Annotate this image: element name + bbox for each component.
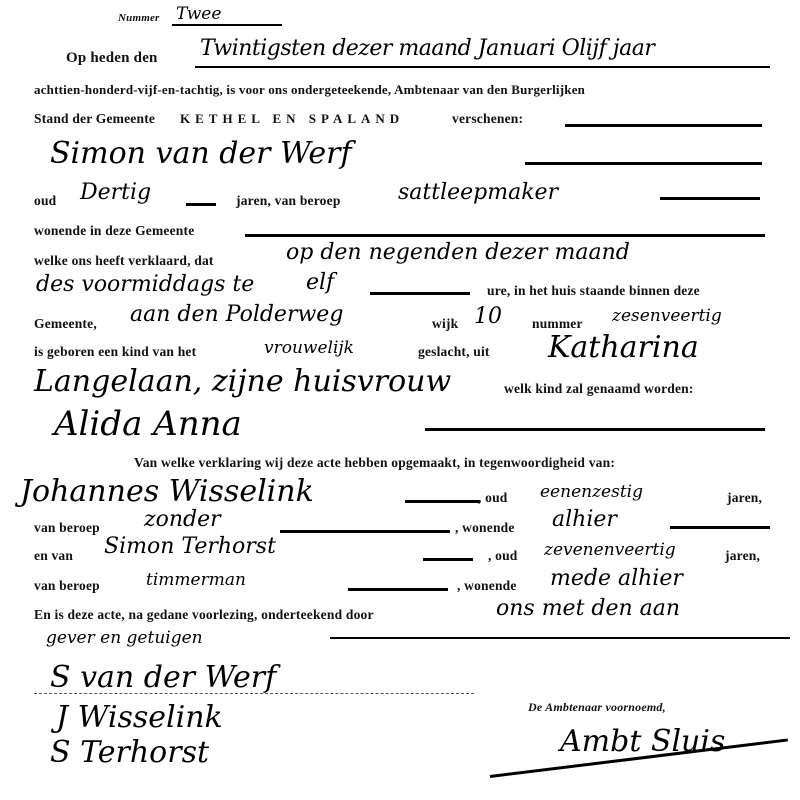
w2-rule-b	[348, 588, 448, 591]
line8-rule	[370, 292, 470, 295]
birth-date-hand: op den negenden dezer maand	[286, 240, 630, 265]
w2-beroep-label: van beroep	[34, 578, 100, 594]
witness1-age-hand: eenenzestig	[540, 482, 643, 502]
line3-rule	[565, 124, 762, 127]
house-number-hand: zesenveertig	[612, 306, 722, 326]
line5-rule-a	[186, 203, 216, 206]
w2-oud: , oud	[488, 548, 518, 564]
signature-dash-rule	[34, 693, 474, 695]
witness2-occupation-hand: timmerman	[146, 570, 246, 590]
mother-surname-hand: Langelaan, zijne huisvrouw	[34, 364, 451, 399]
line6-rule	[245, 234, 765, 237]
child-name-hand: Alida Anna	[54, 404, 242, 444]
number-label: Nummer	[118, 12, 160, 24]
birth-hour-hand: elf	[306, 270, 334, 295]
father-age-hand: Dertig	[80, 180, 151, 205]
line8-print: ure, in het huis staande binnen deze	[487, 283, 700, 299]
line2-print: achttien-honderd-vijf-en-tachtig, is voo…	[34, 82, 585, 98]
closing-rule	[330, 637, 790, 639]
child-sex-hand: vrouwelijk	[264, 338, 354, 358]
line9-print: Gemeente,	[34, 316, 97, 332]
line3-print: Stand der Gemeente	[34, 111, 155, 127]
w2-wonende: , wonende	[457, 578, 517, 594]
witness2-residence-hand: mede alhier	[550, 566, 683, 591]
w1-wonende: , wonende	[455, 520, 515, 536]
witness-intro: Van welke verklaring wij deze acte hebbe…	[134, 455, 615, 471]
number-value: Twee	[176, 4, 221, 24]
official-signature: Ambt Sluis	[560, 724, 725, 759]
witness2-name-hand: Simon Terhorst	[104, 534, 276, 559]
line6-print: wonende in deze Gemeente	[34, 223, 194, 239]
line1-rule	[195, 66, 770, 68]
birth-time-hand: des voormiddags te	[36, 272, 254, 297]
witness2-signature: S Terhorst	[50, 735, 209, 770]
w2-en-van: en van	[34, 548, 73, 564]
w2-jaren: jaren,	[725, 548, 760, 564]
w1-beroep-label: van beroep	[34, 520, 100, 536]
father-occupation-hand: sattleepmaker	[398, 180, 558, 205]
line7-print: welke ons heeft verklaard, dat	[34, 253, 214, 269]
line5-rule-b	[660, 197, 760, 200]
witness2-age-hand: zevenenveertig	[544, 540, 676, 560]
w1-jaren: jaren,	[727, 490, 762, 506]
closing-hand-b: gever en getuigen	[46, 628, 203, 648]
line1-print: Op heden den	[66, 50, 158, 67]
closing-hand-a: ons met den aan	[496, 596, 680, 621]
w1-rule-a	[405, 500, 480, 503]
line1-date-hand: Twintigsten dezer maand Januari Olijf ja…	[200, 36, 654, 61]
closing-text: En is deze acte, na gedane voorlezing, o…	[34, 607, 374, 623]
w2-rule-a	[423, 558, 473, 561]
line12-rule	[425, 428, 765, 431]
number-rule	[172, 24, 282, 26]
father-signature: S van der Werf	[50, 660, 276, 695]
witness1-signature: J Wisselink	[56, 700, 223, 735]
wijk-number-hand: 10	[474, 304, 502, 329]
line11-print: welk kind zal genaamd worden:	[504, 381, 694, 397]
w1-rule-c	[670, 526, 770, 529]
father-name-hand: Simon van der Werf	[50, 136, 352, 171]
line10-mid: geslacht, uit	[418, 344, 490, 360]
line5-oud: oud	[34, 193, 56, 209]
mother-first-name-hand: Katharina	[548, 330, 699, 365]
line9-wijk: wijk	[432, 316, 458, 332]
birth-address-hand: aan den Polderweg	[130, 302, 343, 327]
line4-rule	[525, 162, 762, 165]
witness1-name-hand: Johannes Wisselink	[20, 474, 314, 509]
official-label: De Ambtenaar voornoemd,	[528, 700, 666, 715]
line5-mid: jaren, van beroep	[236, 193, 341, 209]
witness1-occupation-hand: zonder	[144, 507, 221, 532]
w1-oud: , oud	[478, 490, 508, 506]
witness1-residence-hand: alhier	[552, 507, 617, 532]
line10-print: is geboren een kind van het	[34, 344, 196, 360]
municipality-name: KETHEL EN SPALAND	[180, 111, 404, 127]
w1-rule-b	[280, 530, 450, 533]
line3-post: verschenen:	[452, 111, 523, 127]
